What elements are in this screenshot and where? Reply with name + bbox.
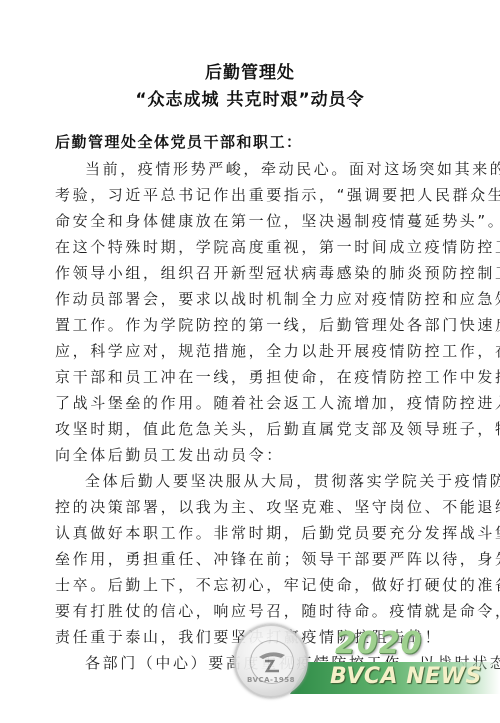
body-line: 当前，疫情形势严峻，牵动民心。面对这场突如其来的 — [55, 156, 447, 182]
body-line: 全体后勤人要坚决服从大局，贯彻落实学院关于疫情防 — [55, 468, 447, 494]
seal-text: BVCA-1958 — [236, 676, 306, 684]
body-line: 京干部和员工冲在一线，勇担使命，在疫情防控工作中发挥 — [55, 364, 447, 390]
body-line: 士卒。后勤上下，不忘初心，牢记使命，做好打硬仗的准备， — [55, 572, 447, 598]
body-line: 认真做好本职工作。非常时期，后勤党员要充分发挥战斗堡 — [55, 520, 447, 546]
body-line: 攻坚时期，值此危急关头，后勤直属党支部及领导班子，特 — [55, 416, 447, 442]
body-line: 要有打胜仗的信心，响应号召，随时待命。疫情就是命令， — [55, 598, 447, 624]
document-title-line1: 后勤管理处 — [0, 58, 500, 83]
greeting: 后勤管理处全体党员干部和职工： — [55, 131, 303, 152]
watermark-year: 2020 — [335, 626, 423, 661]
school-seal-icon: BVCA-1958 — [234, 624, 308, 698]
watermark-label: BVCA NEWS — [330, 664, 482, 689]
body-line: 垒作用，勇担重任、冲锋在前；领导干部要严阵以待，身先 — [55, 546, 447, 572]
body-line: 考验，习近平总书记作出重要指示，“强调要把人民群众生 — [55, 182, 447, 208]
document-title-line2: “众志成城 共克时艰”动员令 — [0, 85, 500, 110]
body-line: 控的决策部署，以我为主、攻坚克难、坚守岗位、不能退缩， — [55, 494, 447, 520]
body-text: 当前，疫情形势严峻，牵动民心。面对这场突如其来的 考验，习近平总书记作出重要指示… — [55, 156, 447, 676]
body-line: 向全体后勤员工发出动员令： — [55, 442, 447, 468]
bvca-news-watermark: 2020 BVCA NEWS BVCA-1958 — [230, 622, 500, 702]
body-line: 在这个特殊时期，学院高度重视，第一时间成立疫情防控工 — [55, 234, 447, 260]
body-line: 命安全和身体健康放在第一位，坚决遏制疫情蔓延势头”。 — [55, 208, 447, 234]
body-line: 应，科学应对，规范措施，全力以赴开展疫情防控工作，在 — [55, 338, 447, 364]
body-line: 置工作。作为学院防控的第一线，后勤管理处各部门快速反 — [55, 312, 447, 338]
body-line: 了战斗堡垒的作用。随着社会返工人流增加，疫情防控进入 — [55, 390, 447, 416]
body-line: 作领导小组，组织召开新型冠状病毒感染的肺炎预防控制工 — [55, 260, 447, 286]
body-line: 作动员部署会，要求以战时机制全力应对疫情防控和应急处 — [55, 286, 447, 312]
